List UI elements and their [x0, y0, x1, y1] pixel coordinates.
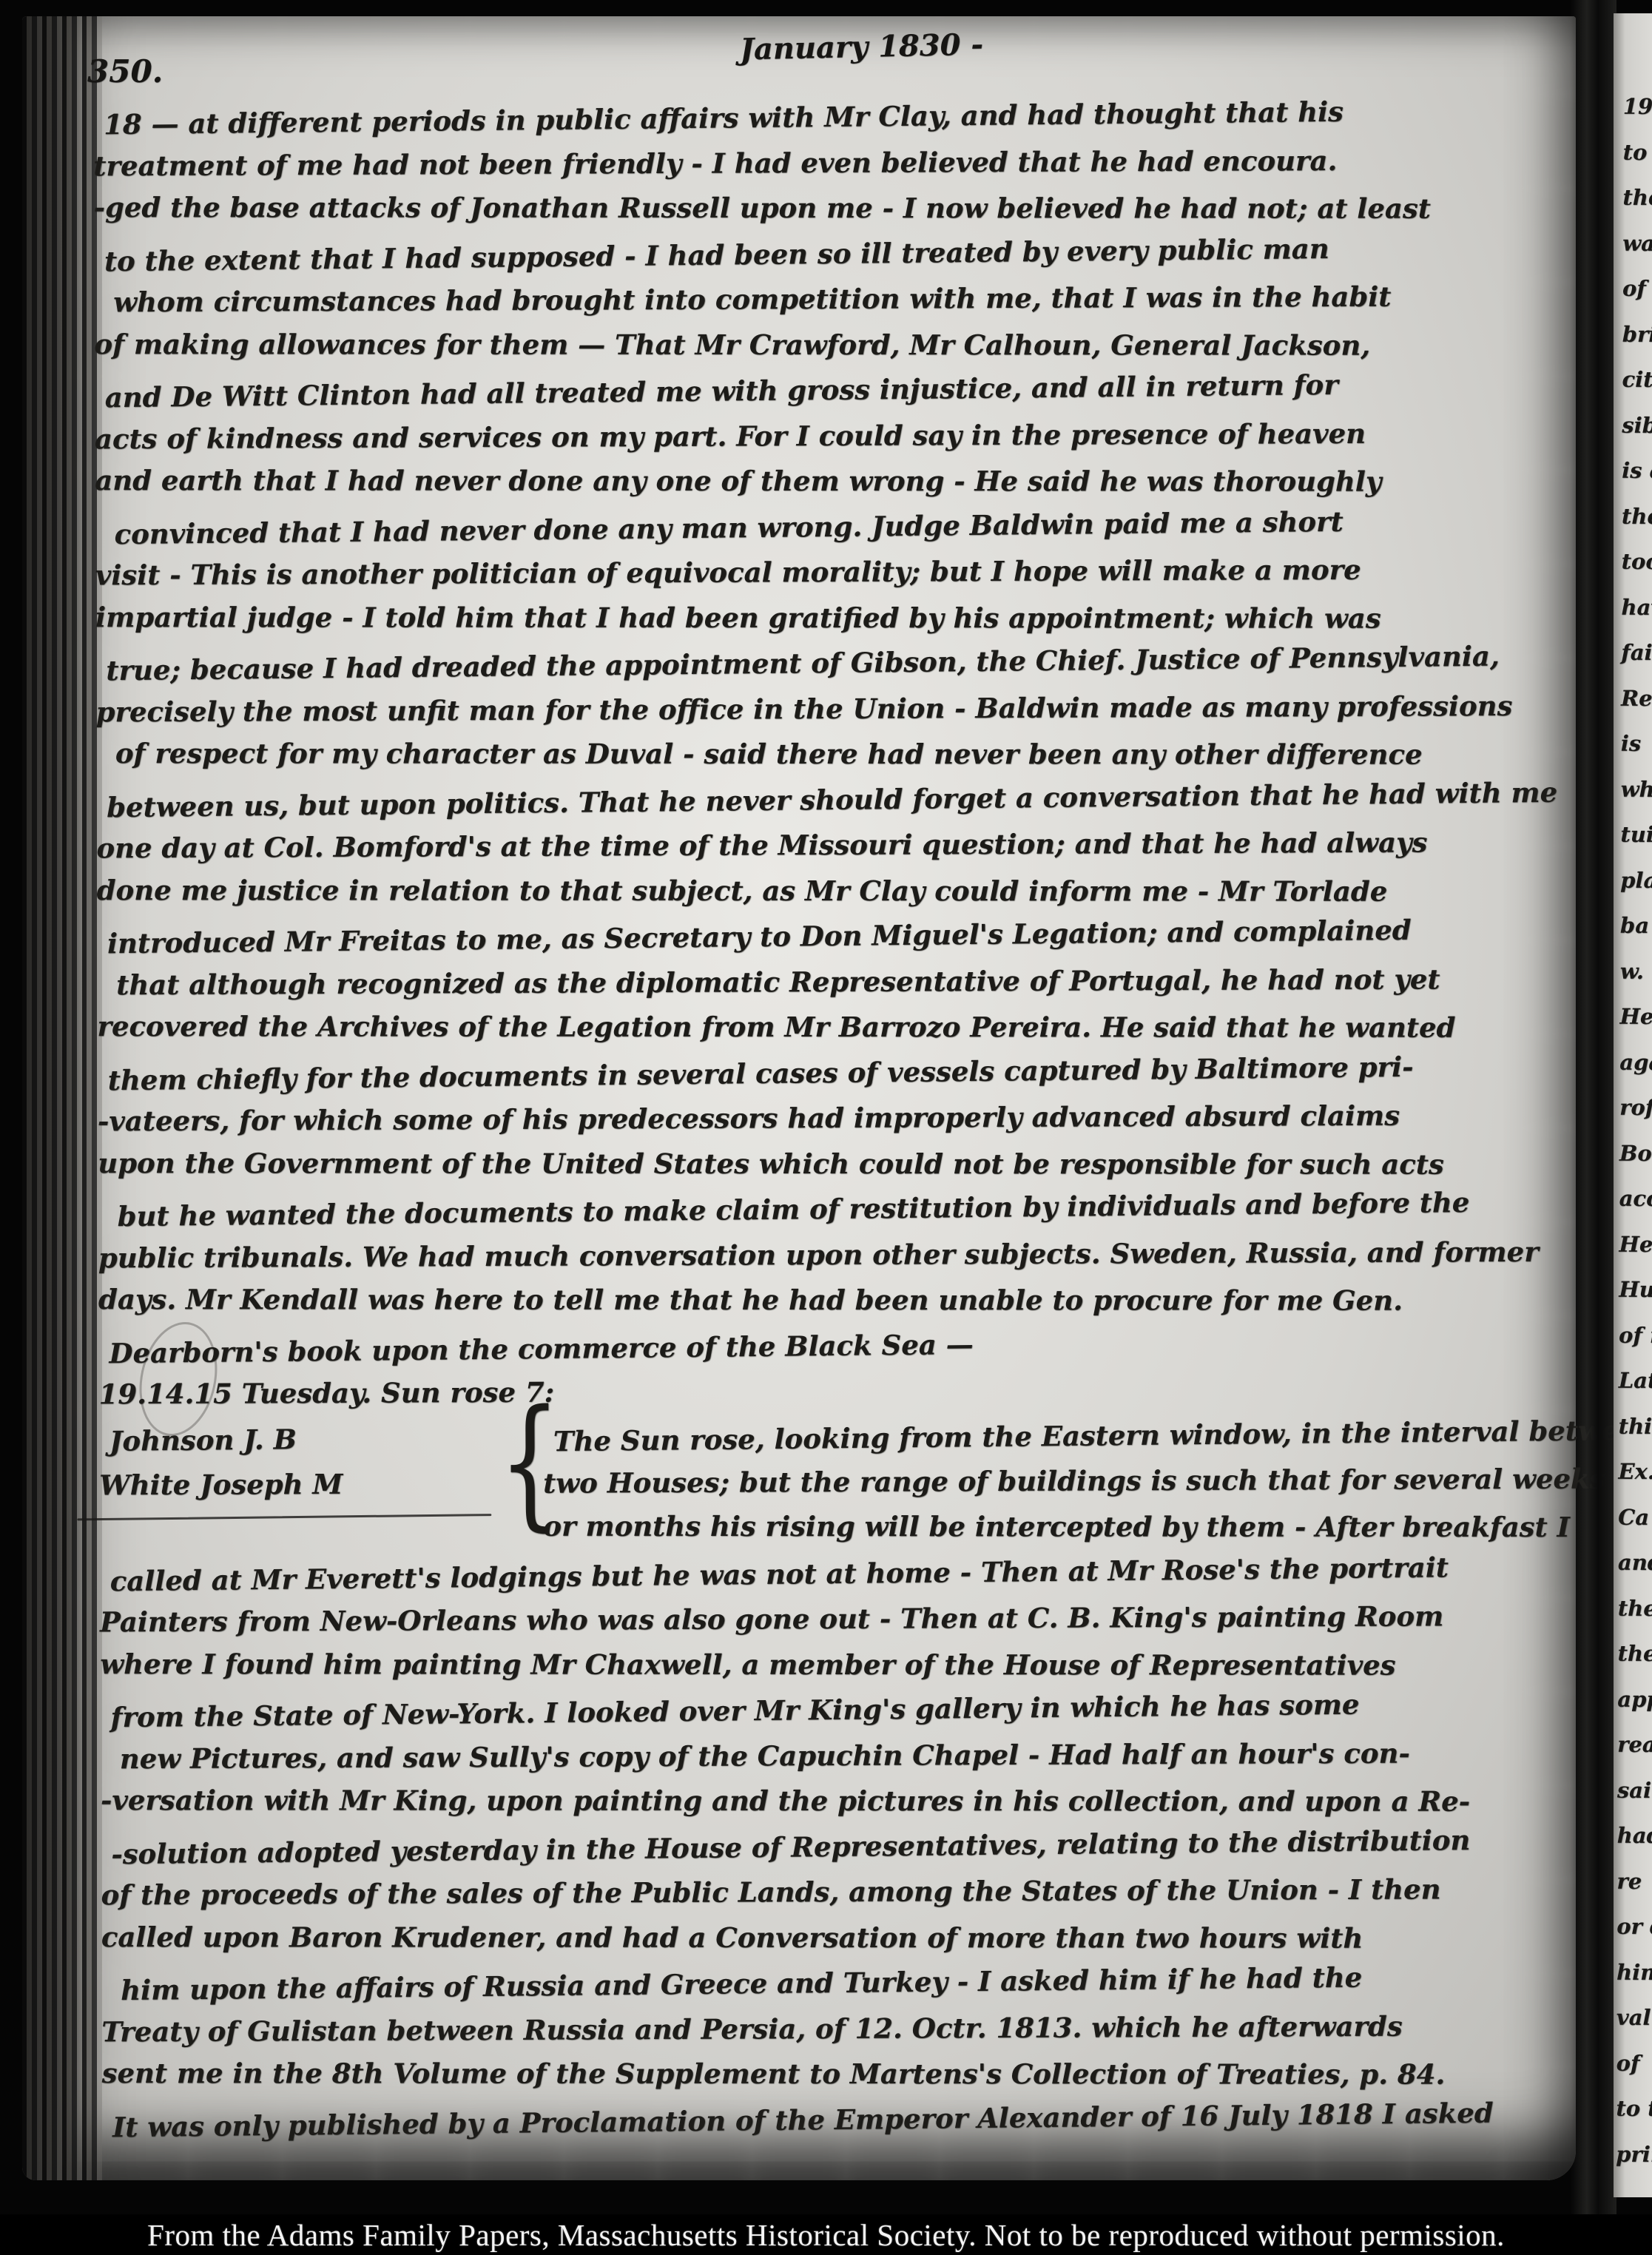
text-fragment: city — [1622, 357, 1652, 403]
text-fragment: hav — [1621, 584, 1652, 630]
page-header-date: January 1830 - — [740, 27, 984, 67]
text-fragment: He — [1619, 1221, 1652, 1267]
text-fragment: acc — [1619, 1176, 1652, 1222]
text-fragment: of m — [1619, 1312, 1652, 1358]
margin-underline — [77, 1514, 491, 1520]
manuscript-line: The Sun rose, looking from the Eastern w… — [543, 1407, 1652, 1464]
text-fragment: this — [1618, 1403, 1652, 1449]
text-fragment: pla — [1620, 857, 1652, 903]
text-fragment: sai — [1617, 1767, 1652, 1813]
page-gutter — [1571, 0, 1616, 2255]
text-fragment: too — [1622, 539, 1652, 585]
text-fragment: to th — [1616, 2086, 1652, 2132]
text-fragment: of t — [1622, 266, 1652, 312]
attribution-band: From the Adams Family Papers, Massachuse… — [0, 2214, 1652, 2255]
diary-text: 18 — at different periods in public affa… — [93, 92, 1567, 2146]
text-fragment: him — [1616, 1949, 1652, 1995]
attribution-caption: From the Adams Family Papers, Massachuse… — [147, 2217, 1505, 2253]
manuscript-line: called upon Baron Krudener, and had a Co… — [101, 1915, 1566, 1961]
text-fragment: Ca — [1618, 1494, 1652, 1540]
text-fragment: is — [1621, 721, 1652, 767]
manuscript-line: where I found him painting Mr Chaxwell, … — [100, 1642, 1565, 1688]
manuscript-line: and earth that I had never done any one … — [95, 458, 1560, 505]
manuscript-line: sent me in the 8th Volume of the Supplem… — [102, 2051, 1567, 2097]
text-fragment: re — [1616, 1858, 1652, 1904]
text-fragment: and — [1618, 1540, 1652, 1586]
text-fragment: ba — [1620, 903, 1652, 949]
text-fragment: wa — [1622, 220, 1652, 266]
manuscript-scan: 350. January 1830 - 18 — at different pe… — [0, 0, 1652, 2255]
text-fragment: Lat — [1619, 1358, 1652, 1404]
text-fragment: Hug — [1619, 1267, 1652, 1313]
manuscript-line: recovered the Archives of the Legation f… — [97, 1004, 1562, 1051]
text-fragment: 19— — [1623, 84, 1652, 130]
text-fragment: val — [1616, 1995, 1652, 2041]
manuscript-line: two Houses; but the range of buildings i… — [543, 1456, 1652, 1506]
margin-names: Johnson J. B White Joseph M — [99, 1415, 510, 1508]
text-fragment: or d — [1616, 1904, 1652, 1950]
text-fragment: the — [1618, 1585, 1652, 1631]
page-number: 350. — [87, 53, 163, 90]
adjacent-page-fragments: 19—to bthewaof tbricitysibis athetoohavf… — [1616, 84, 1652, 2177]
text-fragment: Ex. — [1618, 1449, 1652, 1495]
adjacent-page-edge: 19—to bthewaof tbricitysibis athetoohavf… — [1614, 13, 1652, 2197]
text-fragment: the — [1622, 493, 1652, 539]
text-fragment: rof — [1619, 1085, 1652, 1131]
manuscript-line: of making allowances for them — That Mr … — [94, 322, 1559, 368]
text-fragment: the — [1622, 175, 1652, 221]
text-fragment: had — [1617, 1813, 1652, 1859]
manuscript-line: done me justice in relation to that subj… — [97, 868, 1562, 914]
manuscript-line: -versation with Mr King, upon painting a… — [101, 1778, 1565, 1824]
manuscript-line: impartial judge - I told him that I had … — [95, 595, 1560, 641]
text-fragment: Rep — [1621, 675, 1652, 721]
text-fragment: He — [1619, 994, 1652, 1040]
text-fragment: the — [1617, 1631, 1652, 1677]
text-fragment: aga — [1619, 1039, 1652, 1085]
text-fragment: wh — [1621, 766, 1652, 812]
text-fragment: rea — [1617, 1722, 1652, 1768]
text-fragment: is a — [1622, 448, 1652, 494]
text-fragment: app — [1617, 1676, 1652, 1722]
manuscript-line: of respect for my character as Duval - s… — [96, 731, 1561, 778]
margin-name: Johnson J. B — [99, 1415, 510, 1464]
text-fragment: w. — [1620, 948, 1652, 994]
entry-jan19-body: called at Mr Everett's lodgings but he w… — [100, 1548, 1567, 2146]
text-fragment: prin — [1616, 2131, 1652, 2177]
book-spine — [22, 16, 102, 2180]
text-fragment: tui — [1620, 812, 1652, 858]
text-fragment: fai — [1621, 630, 1652, 676]
manuscript-line: or months his rising will be intercepted… — [543, 1503, 1652, 1550]
text-fragment: Bou — [1619, 1130, 1652, 1176]
text-fragment: sib — [1622, 402, 1652, 448]
manuscript-line: upon the Government of the United States… — [98, 1141, 1562, 1187]
manuscript-line: -ged the base attacks of Jonathan Russel… — [94, 185, 1559, 232]
entry-jan18: 18 — at different periods in public affa… — [93, 92, 1563, 1372]
manuscript-line: days. Mr Kendall was here to tell me tha… — [98, 1277, 1563, 1324]
text-fragment: bri — [1622, 311, 1652, 357]
sunrise-note: The Sun rose, looking from the Eastern w… — [543, 1411, 1652, 1552]
text-fragment: to b — [1623, 129, 1652, 175]
text-fragment: of — [1616, 2040, 1652, 2086]
entry-jan19-margin-block: Johnson J. B White Joseph M { The Sun ro… — [99, 1411, 1565, 1554]
margin-name: White Joseph M — [99, 1461, 510, 1509]
